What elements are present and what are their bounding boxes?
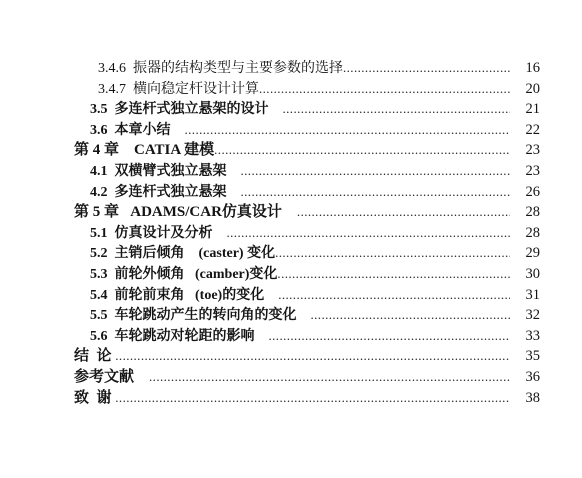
toc-leader-dots — [269, 326, 511, 347]
toc-entry-label: 结 论 — [74, 346, 115, 367]
toc-row: 5.3 前轮外倾角 (camber)变化 30 — [0, 264, 582, 285]
toc-entry-label: 3.4.6 振器的结构类型与主要参数的选择 — [98, 59, 343, 80]
toc-leader-dots — [297, 202, 510, 223]
toc-entry-label: 5.3 前轮外倾角 (camber)变化 — [90, 265, 277, 286]
toc-page-number: 16 — [518, 58, 540, 79]
toc-page-number: 23 — [518, 161, 540, 182]
toc-row: 3.6 本章小结 22 — [0, 120, 582, 141]
toc-leader-dots — [277, 264, 510, 285]
toc-entry-label: 3.6 本章小结 — [90, 121, 185, 142]
table-of-contents: 3.4.6 振器的结构类型与主要参数的选择 16 3.4.7 横向稳定杆设计计算… — [0, 58, 582, 408]
toc-page-number: 31 — [518, 285, 540, 306]
toc-page-number: 28 — [518, 223, 540, 244]
toc-entry-label: 5.2 主销后倾角 (caster) 变化 — [90, 244, 275, 265]
toc-row: 5.6 车轮跳动对轮距的影响 33 — [0, 326, 582, 347]
toc-leader-dots — [283, 99, 511, 120]
toc-page-number: 33 — [518, 326, 540, 347]
toc-row: 3.5 多连杆式独立悬架的设计 21 — [0, 99, 582, 120]
toc-page-number: 21 — [518, 99, 540, 120]
toc-entry-label: 5.6 车轮跳动对轮距的影响 — [90, 327, 269, 348]
toc-leader-dots — [115, 388, 510, 409]
toc-leader-dots — [275, 243, 510, 264]
toc-leader-dots — [278, 285, 510, 306]
toc-page-number: 32 — [518, 305, 540, 326]
toc-leader-dots — [343, 58, 510, 79]
document-page: 3.4.6 振器的结构类型与主要参数的选择 16 3.4.7 横向稳定杆设计计算… — [0, 0, 582, 478]
toc-page-number: 38 — [518, 388, 540, 409]
toc-entry-label: 第 4 章 CATIA 建模 — [74, 140, 214, 161]
toc-entry-label: 致 谢 — [74, 388, 115, 409]
toc-leader-dots — [115, 346, 510, 367]
toc-page-number: 22 — [518, 120, 540, 141]
toc-entry-label: 5.5 车轮跳动产生的转向角的变化 — [90, 306, 311, 327]
toc-entry-label: 第 5 章 ADAMS/CAR仿真设计 — [74, 202, 297, 223]
toc-row: 5.4 前轮前束角 (toe)的变化 31 — [0, 285, 582, 306]
toc-row: 4.2 多连杆式独立悬架 26 — [0, 182, 582, 203]
toc-leader-dots — [227, 223, 511, 244]
toc-page-number: 29 — [518, 243, 540, 264]
toc-row: 5.1 仿真设计及分析 28 — [0, 223, 582, 244]
toc-row: 第 4 章 CATIA 建模 23 — [0, 140, 582, 161]
toc-row: 5.2 主销后倾角 (caster) 变化 29 — [0, 243, 582, 264]
toc-row: 参考文献 36 — [0, 367, 582, 388]
toc-row: 4.1 双横臂式独立悬架 23 — [0, 161, 582, 182]
toc-page-number: 20 — [518, 79, 540, 100]
toc-leader-dots — [149, 367, 510, 388]
toc-row: 致 谢 38 — [0, 388, 582, 409]
toc-page-number: 35 — [518, 346, 540, 367]
toc-leader-dots — [259, 79, 510, 100]
toc-entry-label: 3.5 多连杆式独立悬架的设计 — [90, 100, 283, 121]
toc-leader-dots — [241, 161, 511, 182]
toc-entry-label: 4.1 双横臂式独立悬架 — [90, 162, 241, 183]
toc-leader-dots — [311, 305, 511, 326]
toc-row: 结 论 35 — [0, 346, 582, 367]
toc-page-number: 26 — [518, 182, 540, 203]
toc-entry-label: 5.1 仿真设计及分析 — [90, 224, 227, 245]
toc-row: 3.4.6 振器的结构类型与主要参数的选择 16 — [0, 58, 582, 79]
toc-page-number: 28 — [518, 202, 540, 223]
toc-leader-dots — [241, 182, 511, 203]
toc-leader-dots — [214, 140, 510, 161]
toc-leader-dots — [185, 120, 511, 141]
toc-page-number: 36 — [518, 367, 540, 388]
toc-entry-label: 3.4.7 横向稳定杆设计计算 — [98, 80, 259, 101]
toc-page-number: 23 — [518, 140, 540, 161]
toc-page-number: 30 — [518, 264, 540, 285]
toc-entry-label: 5.4 前轮前束角 (toe)的变化 — [90, 286, 278, 307]
toc-row: 第 5 章 ADAMS/CAR仿真设计 28 — [0, 202, 582, 223]
toc-row: 3.4.7 横向稳定杆设计计算 20 — [0, 79, 582, 100]
toc-row: 5.5 车轮跳动产生的转向角的变化 32 — [0, 305, 582, 326]
toc-entry-label: 4.2 多连杆式独立悬架 — [90, 183, 241, 204]
toc-entry-label: 参考文献 — [74, 367, 149, 388]
